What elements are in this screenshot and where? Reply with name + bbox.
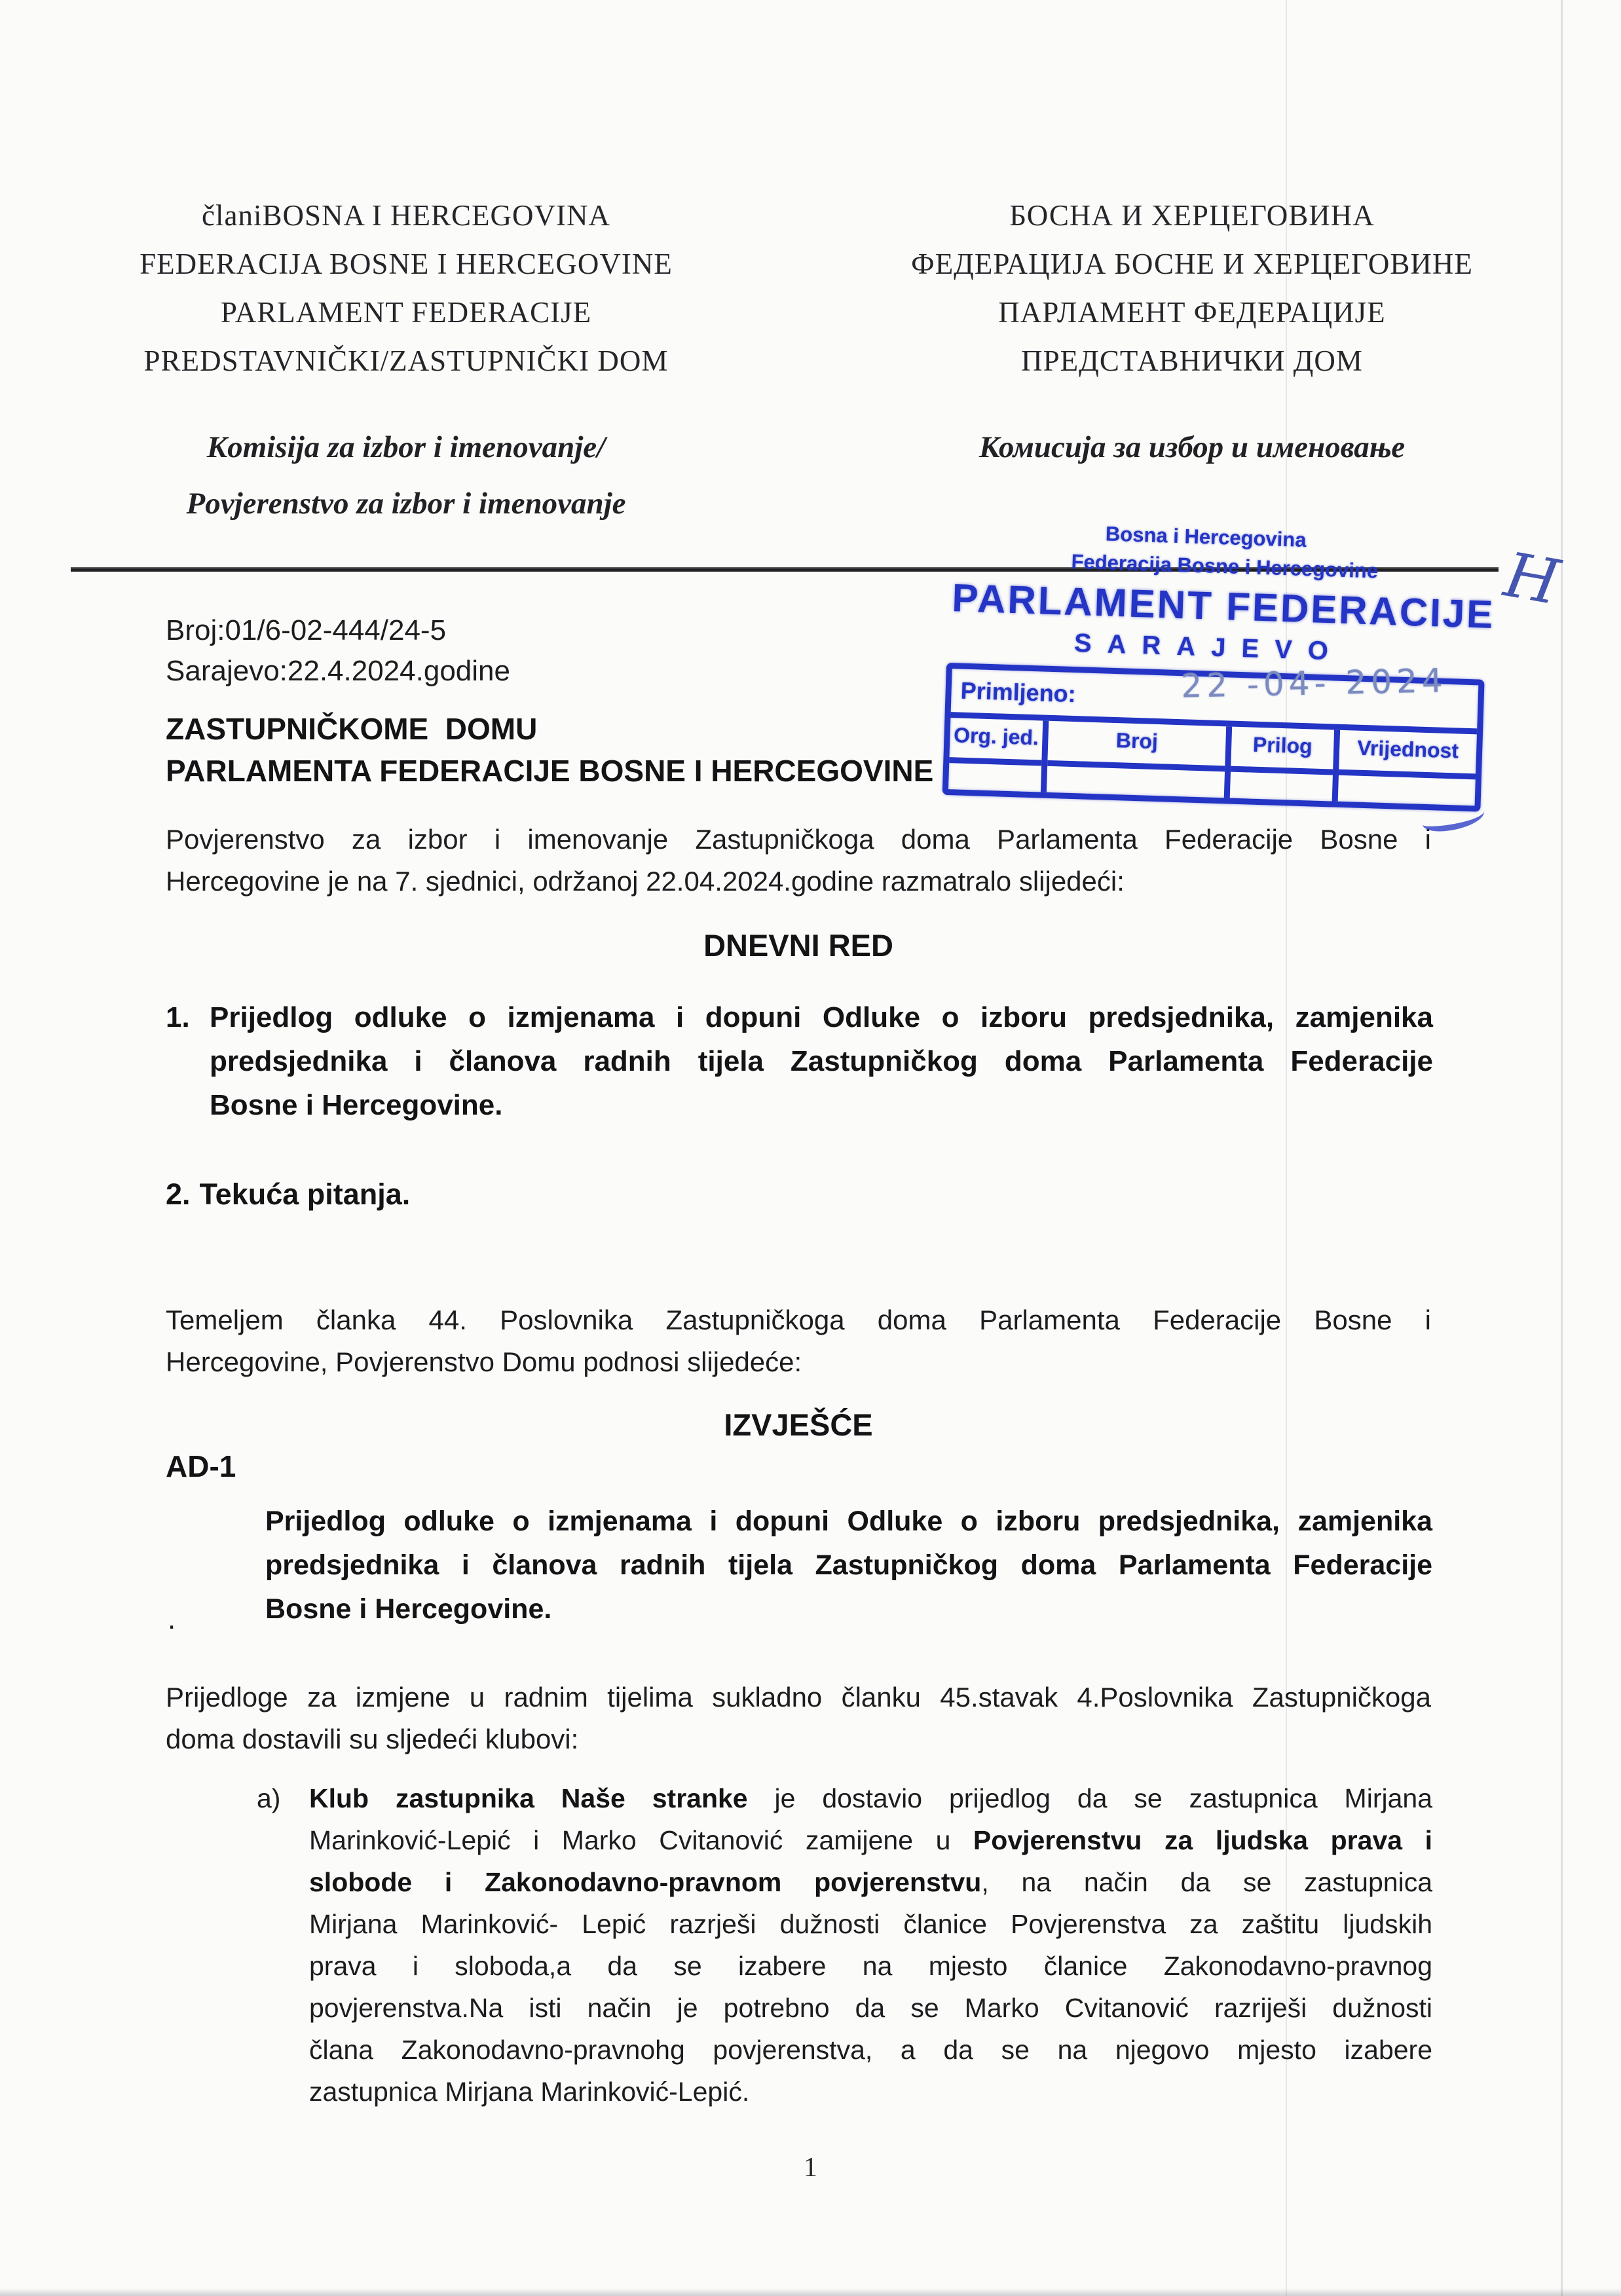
- club-a-line-2-bold: Povjerenstvu za ljudska prava i: [973, 1825, 1432, 1855]
- club-a-line-1-bold: Klub zastupnika Naše stranke: [309, 1783, 748, 1813]
- intro-line-1: Povjerenstvo za izbor i imenovanje Zastu…: [166, 819, 1431, 861]
- club-a-line-2: Marinković-Lepić i Marko Cvitanović zami…: [309, 1819, 1432, 1861]
- stamp-col-prilog-label: Prilog: [1231, 727, 1334, 775]
- stamp-col-broj: Broj: [1047, 721, 1232, 798]
- letterhead-right-line-2: ФЕДЕРАЦИЈА БОСНЕ И ХЕРЦЕГОВИНЕ: [858, 240, 1526, 288]
- agenda-item-2-text: Tekuća pitanja.: [200, 1177, 411, 1211]
- agenda-item-1-line-2: predsjednika i članova radnih tijela Zas…: [210, 1039, 1433, 1083]
- reference-number: Broj:01/6-02-444/24-5: [166, 614, 446, 647]
- legal-basis-line-1: Temeljem članka 44. Poslovnika Zastupnič…: [166, 1299, 1431, 1341]
- intro-line-2: Hercegovine je na 7. sjednici, održanoj …: [166, 861, 1431, 902]
- letterhead-left: članiBOSNA I HERCEGOVINA FEDERACIJA BOSN…: [98, 191, 714, 385]
- agenda-item-1-line-1: Prijedlog odluke o izmjenama i dopuni Od…: [210, 995, 1433, 1039]
- stray-period-mark: .: [168, 1603, 176, 1636]
- letterhead-left-line-3: PARLAMENT FEDERACIJE: [98, 288, 714, 337]
- proposals-intro-line-2: doma dostavili su sljedeći klubovi:: [166, 1718, 1431, 1760]
- stamp-col-vrijednost-label: Vrijednost: [1339, 730, 1477, 780]
- club-item-a-text: Klub zastupnika Naše stranke je dostavio…: [309, 1777, 1432, 2113]
- report-ad-1-label: AD-1: [166, 1449, 236, 1484]
- stamp-col-broj-label: Broj: [1047, 721, 1226, 771]
- club-a-line-3-rest: , na način da se zastupnica: [981, 1867, 1432, 1897]
- letterhead-left-line-1: članiBOSNA I HERCEGOVINA: [98, 191, 714, 240]
- agenda-item-1-text: Prijedlog odluke o izmjenama i dopuni Od…: [210, 995, 1433, 1127]
- club-item-a: a) Klub zastupnika Naše stranke je dosta…: [257, 1777, 1432, 2113]
- agenda-item-1-line-3: Bosne i Hercegovine.: [210, 1083, 1433, 1127]
- recipient-line-2: PARLAMENTA FEDERACIJE BOSNE I HERCEGOVIN…: [166, 753, 933, 788]
- club-a-line-8: zastupnica Mirjana Marinković-Lepić.: [309, 2071, 1432, 2113]
- report-subject-line-2: predsjednika i članova radnih tijela Zas…: [265, 1544, 1432, 1587]
- club-a-line-1-rest: je dostavio prijedlog da se zastupnica M…: [748, 1783, 1432, 1813]
- stamp-table: Primljeno: 22 -04- 2024 Org. jed. Broj P…: [942, 663, 1485, 812]
- agenda-item-2-marker: 2.: [166, 1177, 191, 1211]
- club-a-line-2-start: Marinković-Lepić i Marko Cvitanović zami…: [309, 1825, 973, 1855]
- proposals-intro-line-1: Prijedloge za izmjene u radnim tijelima …: [166, 1676, 1431, 1718]
- agenda-item-1-marker: 1.: [166, 995, 190, 1039]
- received-stamp: Bosna i Hercegovina Federacija Bosne i H…: [942, 517, 1500, 820]
- committee-left-line-2: Povjerenstvo za izbor i imenovanje: [98, 475, 714, 532]
- report-subject-line-1: Prijedlog odluke o izmjenama i dopuni Od…: [265, 1500, 1432, 1544]
- club-a-line-5: prava i sloboda,a da se izabere na mjest…: [309, 1945, 1432, 1987]
- club-a-line-1: Klub zastupnika Naše stranke je dostavio…: [309, 1777, 1432, 1819]
- stamp-col-vrijednost: Vrijednost: [1338, 730, 1477, 806]
- intro-paragraph: Povjerenstvo za izbor i imenovanje Zastu…: [166, 819, 1431, 902]
- proposals-intro-paragraph: Prijedloge za izmjene u radnim tijelima …: [166, 1676, 1431, 1760]
- club-a-line-7: člana Zakonodavno-pravnohg povjerenstva,…: [309, 2029, 1432, 2071]
- stamp-col-org-label: Org. jed.: [949, 718, 1043, 766]
- agenda-title: DNEVNI RED: [166, 927, 1431, 963]
- scanned-document-page: članiBOSNA I HERCEGOVINA FEDERACIJA BOSN…: [0, 0, 1621, 2296]
- handwritten-h-annotation: H: [1499, 540, 1565, 620]
- report-title: IZVJEŠĆE: [166, 1407, 1431, 1443]
- letterhead-left-line-2: FEDERACIJA BOSNE I HERCEGOVINE: [98, 240, 714, 288]
- reference-place-date: Sarajevo:22.4.2024.godine: [166, 655, 510, 688]
- letterhead-right-line-3: ПАРЛАМЕНТ ФЕДЕРАЦИЈЕ: [858, 288, 1526, 337]
- letterhead-left-line-4: PREDSTAVNIČKI/ZASTUPNIČKI DOM: [98, 337, 714, 385]
- scan-edge-line: [1561, 0, 1563, 2296]
- letterhead-right: БОСНА И ХЕРЦЕГОВИНА ФЕДЕРАЦИЈА БОСНЕ И Х…: [858, 191, 1526, 385]
- club-a-line-6: povjerenstva.Na isti način je potrebno d…: [309, 1987, 1432, 2029]
- club-a-line-3-bold: slobode i Zakonodavno-pravnom povjerenst…: [309, 1867, 981, 1897]
- legal-basis-line-2: Hercegovine, Povjerenstvo Domu podnosi s…: [166, 1341, 1431, 1383]
- stamp-received-date-handwritten: 22 -04- 2024: [1181, 661, 1448, 705]
- stamp-ink-smudge: [1421, 802, 1486, 834]
- letterhead-right-line-4: ПРЕДСТАВНИЧКИ ДОМ: [858, 337, 1526, 385]
- club-a-line-3: slobode i Zakonodavno-pravnom povjerenst…: [309, 1861, 1432, 1903]
- committee-right-line-1: Комисија за избор и именовање: [858, 419, 1526, 475]
- scan-bottom-edge: [0, 2288, 1621, 2296]
- agenda-item-2: 2.Tekuća pitanja.: [166, 1177, 410, 1212]
- stamp-col-prilog: Prilog: [1230, 727, 1340, 802]
- committee-name-right: Комисија за избор и именовање: [858, 419, 1526, 475]
- committee-name-left: Komisija za izbor i imenovanje/ Povjeren…: [98, 419, 714, 532]
- legal-basis-paragraph: Temeljem članka 44. Poslovnika Zastupnič…: [166, 1299, 1431, 1383]
- stamp-col-org: Org. jed.: [948, 718, 1049, 792]
- report-subject-paragraph: Prijedlog odluke o izmjenama i dopuni Od…: [265, 1500, 1432, 1631]
- letterhead-right-line-1: БОСНА И ХЕРЦЕГОВИНА: [858, 191, 1526, 240]
- stamp-received-label: Primljeno:: [960, 677, 1076, 709]
- recipient-line-1: ZASTUPNIČKOME DOMU: [166, 711, 537, 747]
- agenda-item-1: 1. Prijedlog odluke o izmjenama i dopuni…: [166, 995, 1433, 1127]
- club-a-line-4: Mirjana Marinković- Lepić razrješi dužno…: [309, 1903, 1432, 1945]
- club-item-a-marker: a): [257, 1777, 280, 1819]
- committee-left-line-1: Komisija za izbor i imenovanje/: [98, 419, 714, 475]
- report-subject-line-3: Bosne i Hercegovine.: [265, 1587, 1432, 1631]
- page-number: 1: [0, 2152, 1621, 2183]
